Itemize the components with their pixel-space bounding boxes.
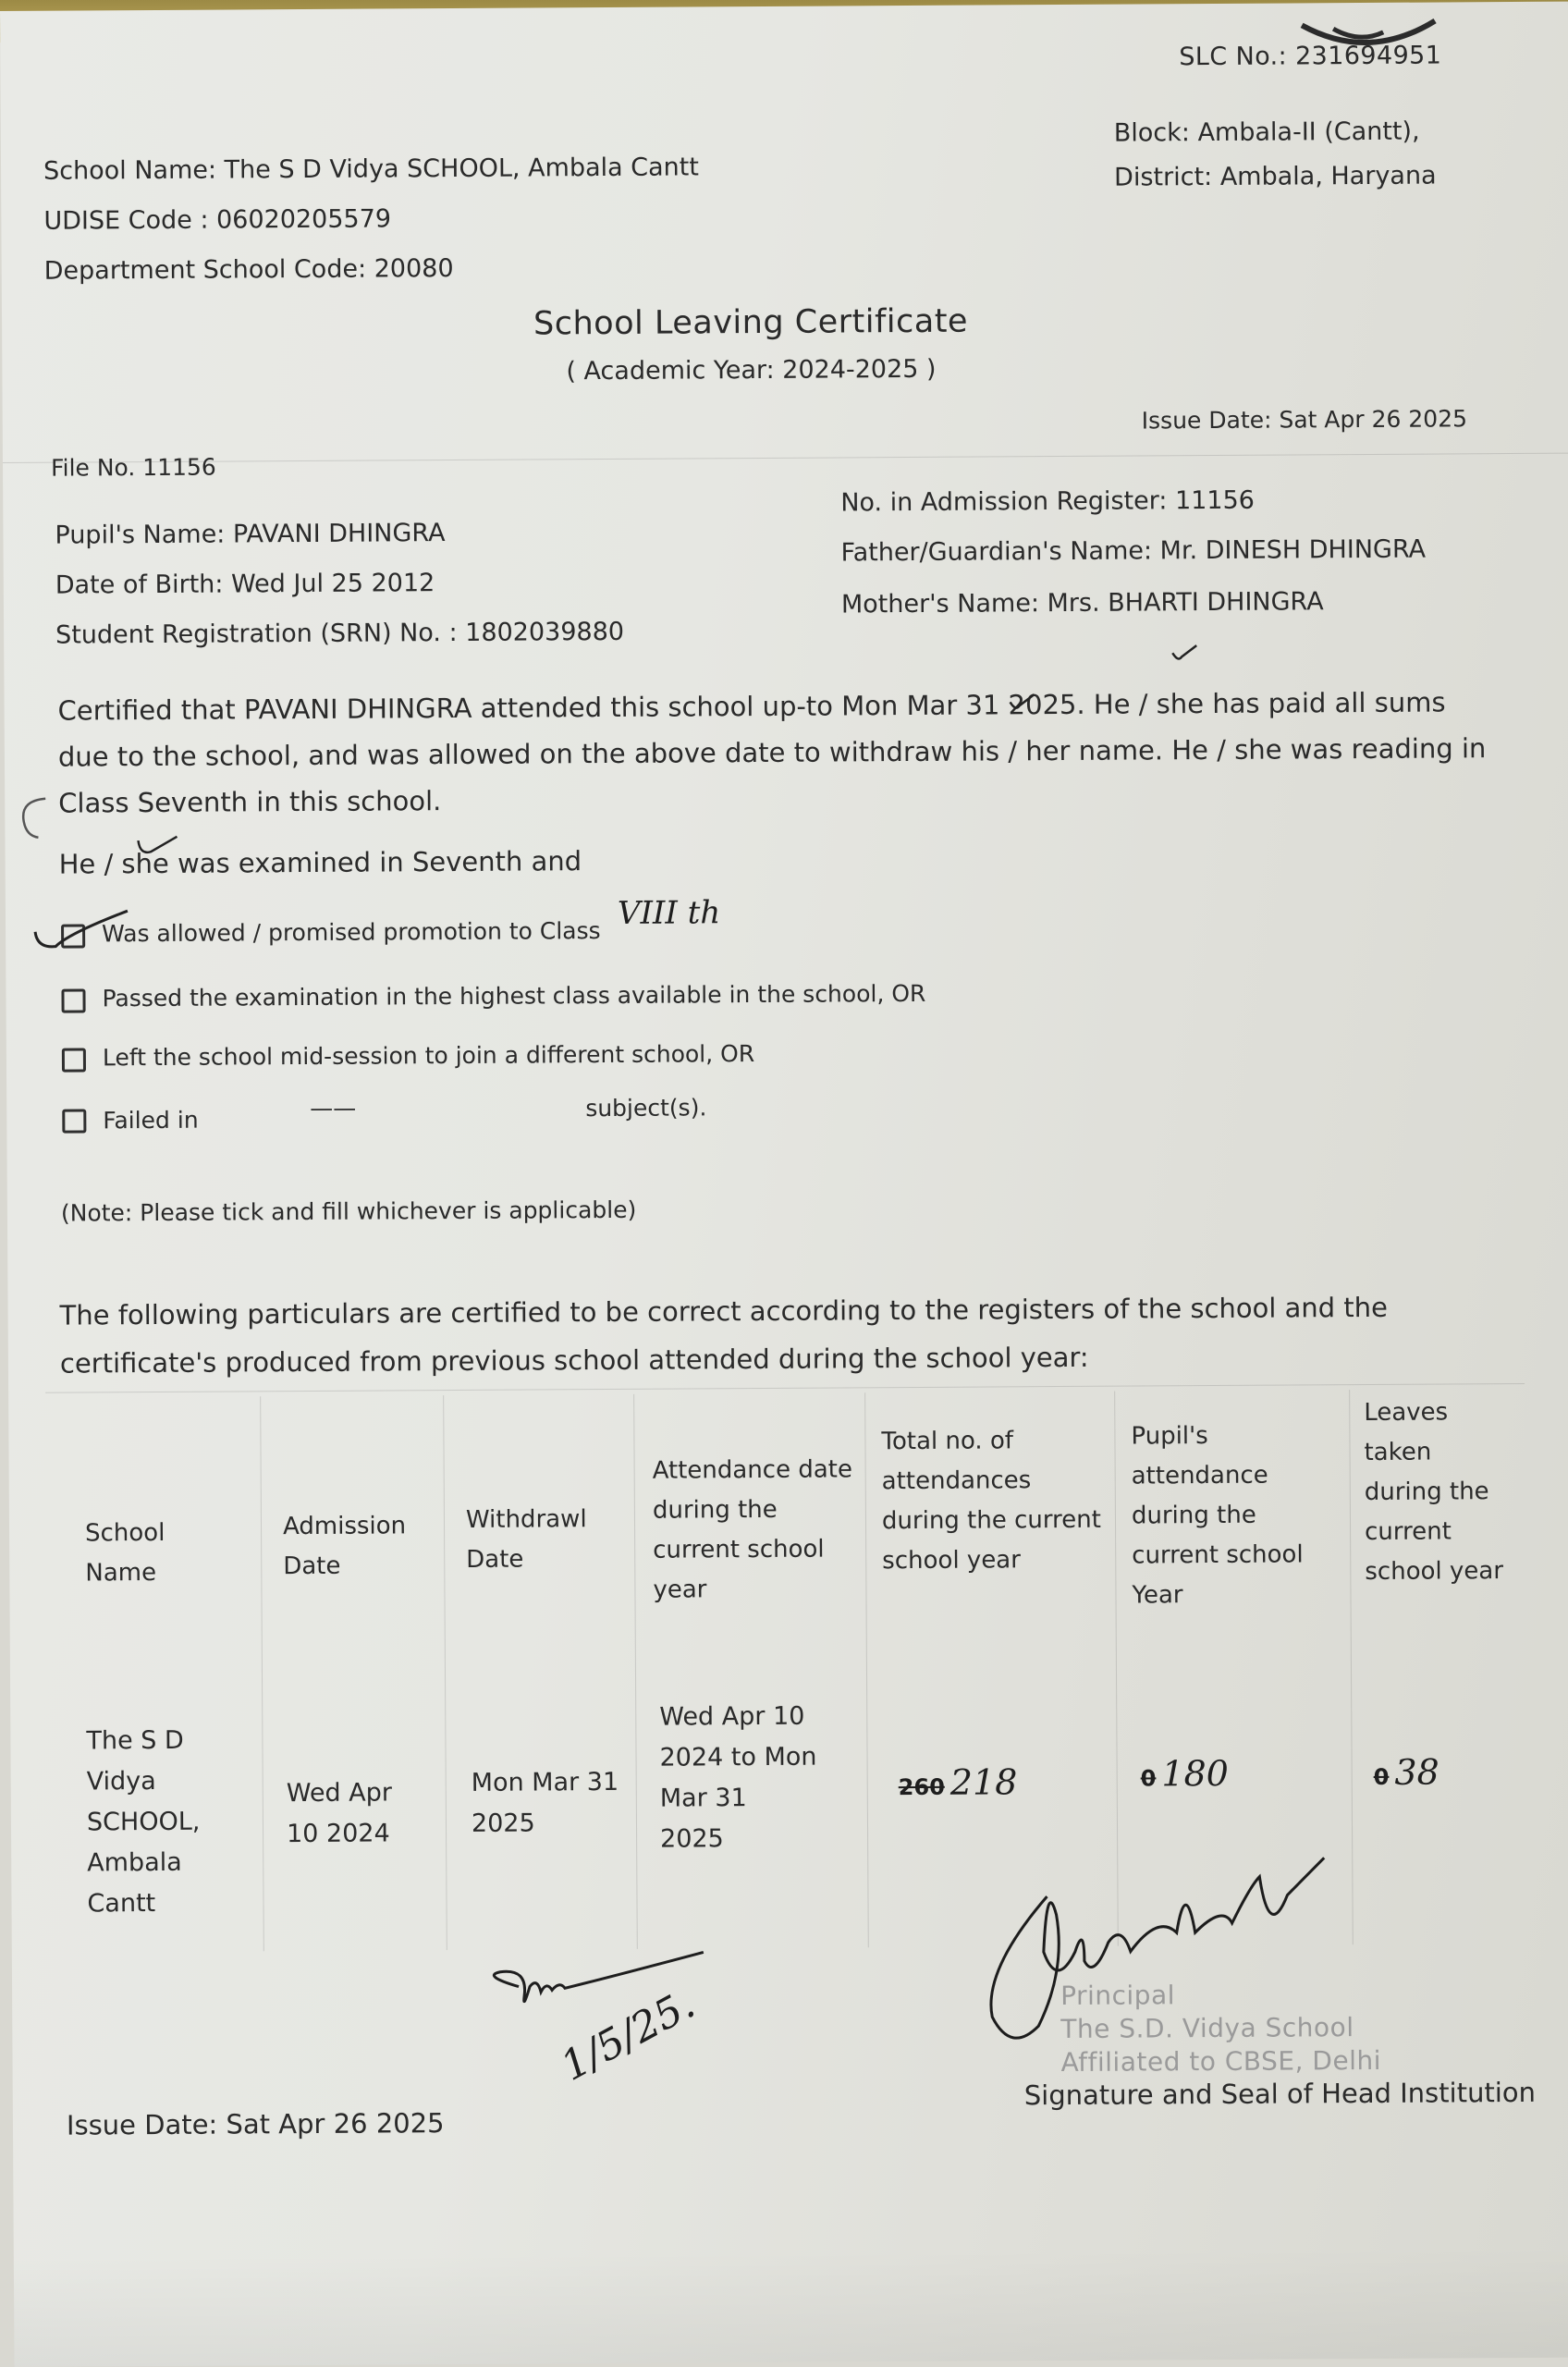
table-header-admission-date: Admission Date (283, 1506, 432, 1587)
paper-shadow (14, 2247, 1568, 2367)
table-cell-total-attendances: 260218 (899, 1761, 1018, 1803)
issue-date-bottom: Issue Date: Sat Apr 26 2025 (67, 2107, 445, 2140)
srn-number: Student Registration (SRN) No. : 1802039… (55, 618, 624, 650)
date-of-birth: Date of Birth: Wed Jul 25 2012 (55, 569, 435, 600)
option-checkbox-passed[interactable] (61, 988, 85, 1012)
table-header-attendance-range: Attendance date during the current schoo… (653, 1450, 857, 1610)
statement-line-2: due to the school, and was allowed on th… (58, 732, 1487, 772)
particulars-line-2: certificate's produced from previous sch… (60, 1342, 1089, 1380)
option-checkbox-failed[interactable] (62, 1109, 86, 1133)
pupil-name: Pupil's Name: PAVANI DHINGRA (55, 519, 445, 550)
subjects-suffix: subject(s). (585, 1094, 706, 1122)
issue-date-top: Issue Date: Sat Apr 26 2025 (1142, 405, 1467, 434)
district-text: District: Ambala, Haryana (1114, 162, 1437, 192)
margin-mark-icon (18, 795, 51, 841)
father-name: Father/Guardian's Name: Mr. DINESH DHING… (841, 535, 1427, 568)
table-header-leaves: Leaves taken during the current school y… (1364, 1392, 1513, 1592)
mother-name: Mother's Name: Mrs. BHARTI DHINGRA (841, 587, 1324, 619)
divider (3, 453, 1568, 463)
option-checkbox-left[interactable] (62, 1048, 86, 1072)
table-cell-withdrawal-date: Mon Mar 31 2025 (472, 1762, 630, 1845)
note-text: (Note: Please tick and fill whichever is… (61, 1196, 637, 1227)
table-cell-school-name: The S D Vidya SCHOOL, Ambala Cantt (86, 1721, 216, 1925)
table-header-total-attendances: Total no. of attendances during the curr… (881, 1421, 1104, 1581)
slc-number: SLC No.: 231694951 (1179, 41, 1441, 71)
tick-mark-icon (1009, 693, 1036, 715)
option-label-passed: Passed the examination in the highest cl… (102, 980, 925, 1012)
failed-subjects-blank: —— (310, 1095, 356, 1122)
department-school-code: Department School Code: 20080 (44, 254, 454, 286)
option-label-promotion: Was allowed / promised promotion to Clas… (102, 917, 601, 947)
signature-caption: Signature and Seal of Head Institution (1024, 2077, 1536, 2111)
option-label-left: Left the school mid-session to join a di… (103, 1040, 754, 1071)
certificate-title: School Leaving Certificate (533, 303, 968, 343)
seal-stamp: Principal The S.D. Vidya School Affiliat… (1060, 1978, 1381, 2079)
statement-line-1: Certified that PAVANI DHINGRA attended t… (58, 686, 1446, 726)
tick-mark-icon (1170, 644, 1198, 666)
table-cell-admission-date: Wed Apr 10 2024 (287, 1772, 426, 1855)
statement-line-3: Class Seventh in this school. (58, 785, 441, 819)
block-text: Block: Ambala-II (Cantt), (1114, 117, 1420, 148)
table-header-pupil-attendance: Pupil's attendance during the current sc… (1131, 1416, 1344, 1615)
table-cell-pupil-attendance: 0180 (1141, 1753, 1230, 1795)
handwritten-class: VIII th (618, 894, 720, 932)
udise-code: UDISE Code : 06020205579 (43, 204, 391, 235)
table-header-school-name: School Name (85, 1513, 243, 1593)
admission-register-number: No. in Admission Register: 11156 (840, 486, 1255, 518)
file-number: File No. 11156 (51, 454, 216, 482)
table-cell-attendance-range: Wed Apr 10 2024 to Mon Mar 31 2025 (659, 1697, 817, 1860)
table-cell-leaves: 038 (1374, 1752, 1439, 1793)
academic-year: ( Academic Year: 2024-2025 ) (566, 355, 936, 386)
school-name: School Name: The S D Vidya SCHOOL, Ambal… (43, 153, 699, 185)
option-label-failed: Failed in (103, 1107, 198, 1134)
table-header-withdrawal-date: Withdrawl Date (466, 1500, 624, 1580)
particulars-line-1: The following particulars are certified … (60, 1292, 1389, 1331)
examined-text: He / she was examined in Seventh and (59, 845, 582, 879)
certificate-document: SLC No.: 231694951 Block: Ambala-II (Can… (0, 2, 1568, 2367)
